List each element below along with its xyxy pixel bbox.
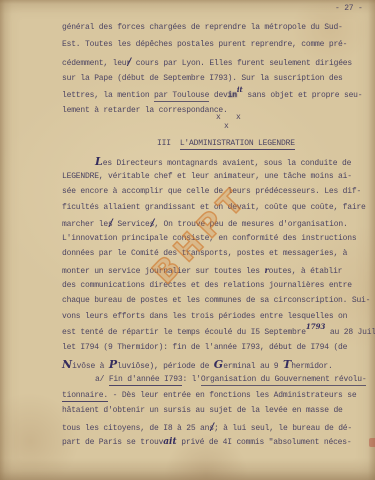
typed-line: sur la Pape (début de Septembre I793). S… bbox=[62, 74, 343, 83]
typed-line: monter un service journalier sur toutes … bbox=[62, 265, 342, 276]
handwritten-correction: ait bbox=[163, 437, 176, 447]
heading-numeral: III bbox=[157, 139, 171, 148]
document-page: - 27 - général des forces chargées de re… bbox=[0, 0, 375, 480]
handwritten-capital: T bbox=[283, 358, 291, 371]
typed-line: lement à retarder la correspondance. bbox=[62, 106, 228, 115]
typed-line: tionnaire. - Dès leur entrée en fonction… bbox=[62, 391, 356, 400]
handwritten-insertion: it bbox=[237, 85, 243, 94]
handwritten-capital: P bbox=[109, 358, 117, 371]
typed-line: Est. Toutes les dépêches postales purent… bbox=[62, 40, 347, 49]
typed-line: général des forces chargées de reprendre… bbox=[62, 23, 343, 32]
typed-line: tous les citoyens, de I8 à 25 ans/; à lu… bbox=[62, 422, 352, 433]
typed-line: lettres, la mention par Toulouse devinit… bbox=[62, 90, 362, 100]
underlined-phrase: Fin d'année I793 bbox=[109, 375, 183, 386]
underlined-phrase: Organisation du Gouvernement révolu- bbox=[201, 375, 367, 386]
typed-line: a/ Fin d'année I793: l'Organisation du G… bbox=[95, 375, 366, 384]
heading-title: L'ADMINISTRATION LEGENDRE bbox=[180, 139, 295, 150]
handwritten-year-insertion: 1793 bbox=[306, 322, 325, 331]
typed-line: hâtaient d'obtenir un sursis au sujet de… bbox=[62, 406, 343, 415]
separator-x: x bbox=[236, 113, 241, 122]
typed-line: part de Paris se trouvait privé de 4I co… bbox=[62, 437, 351, 447]
typed-line: Les Directeurs montagnards avaient, sous… bbox=[95, 156, 351, 168]
separator-x: x bbox=[216, 113, 221, 122]
typed-line: chaque bureau de postes et les communes … bbox=[62, 296, 370, 305]
typed-line: vons leurs efforts dans les trois périod… bbox=[62, 312, 347, 321]
overstruck-letters: in bbox=[228, 91, 237, 100]
section-heading: IIIL'ADMINISTRATION LEGENDRE bbox=[157, 139, 295, 148]
underlined-phrase: par Toulouse bbox=[154, 91, 209, 102]
handwritten-capital: L bbox=[95, 155, 103, 168]
handwritten-capital: G bbox=[214, 358, 223, 371]
handwritten-capital: N bbox=[62, 358, 72, 371]
typed-line: LEGENDRE, véritable chef et leur animate… bbox=[62, 172, 352, 181]
page-number: - 27 - bbox=[335, 4, 363, 13]
red-edge-mark bbox=[369, 438, 375, 447]
typed-line: Nivôse à Pluviôse), période de Germinal … bbox=[62, 359, 333, 371]
typed-line: cédemment, leur/ cours par Lyon. Elles f… bbox=[62, 57, 352, 68]
typed-line: est tenté de répartir le temps écoulé du… bbox=[62, 327, 375, 337]
separator-x: x bbox=[224, 122, 229, 131]
typed-line: des communications directes et des relat… bbox=[62, 281, 352, 290]
typed-line: let I794 (9 Thermidor): fin de l'année I… bbox=[62, 343, 347, 352]
underlined-phrase: tionnaire. bbox=[62, 391, 108, 402]
